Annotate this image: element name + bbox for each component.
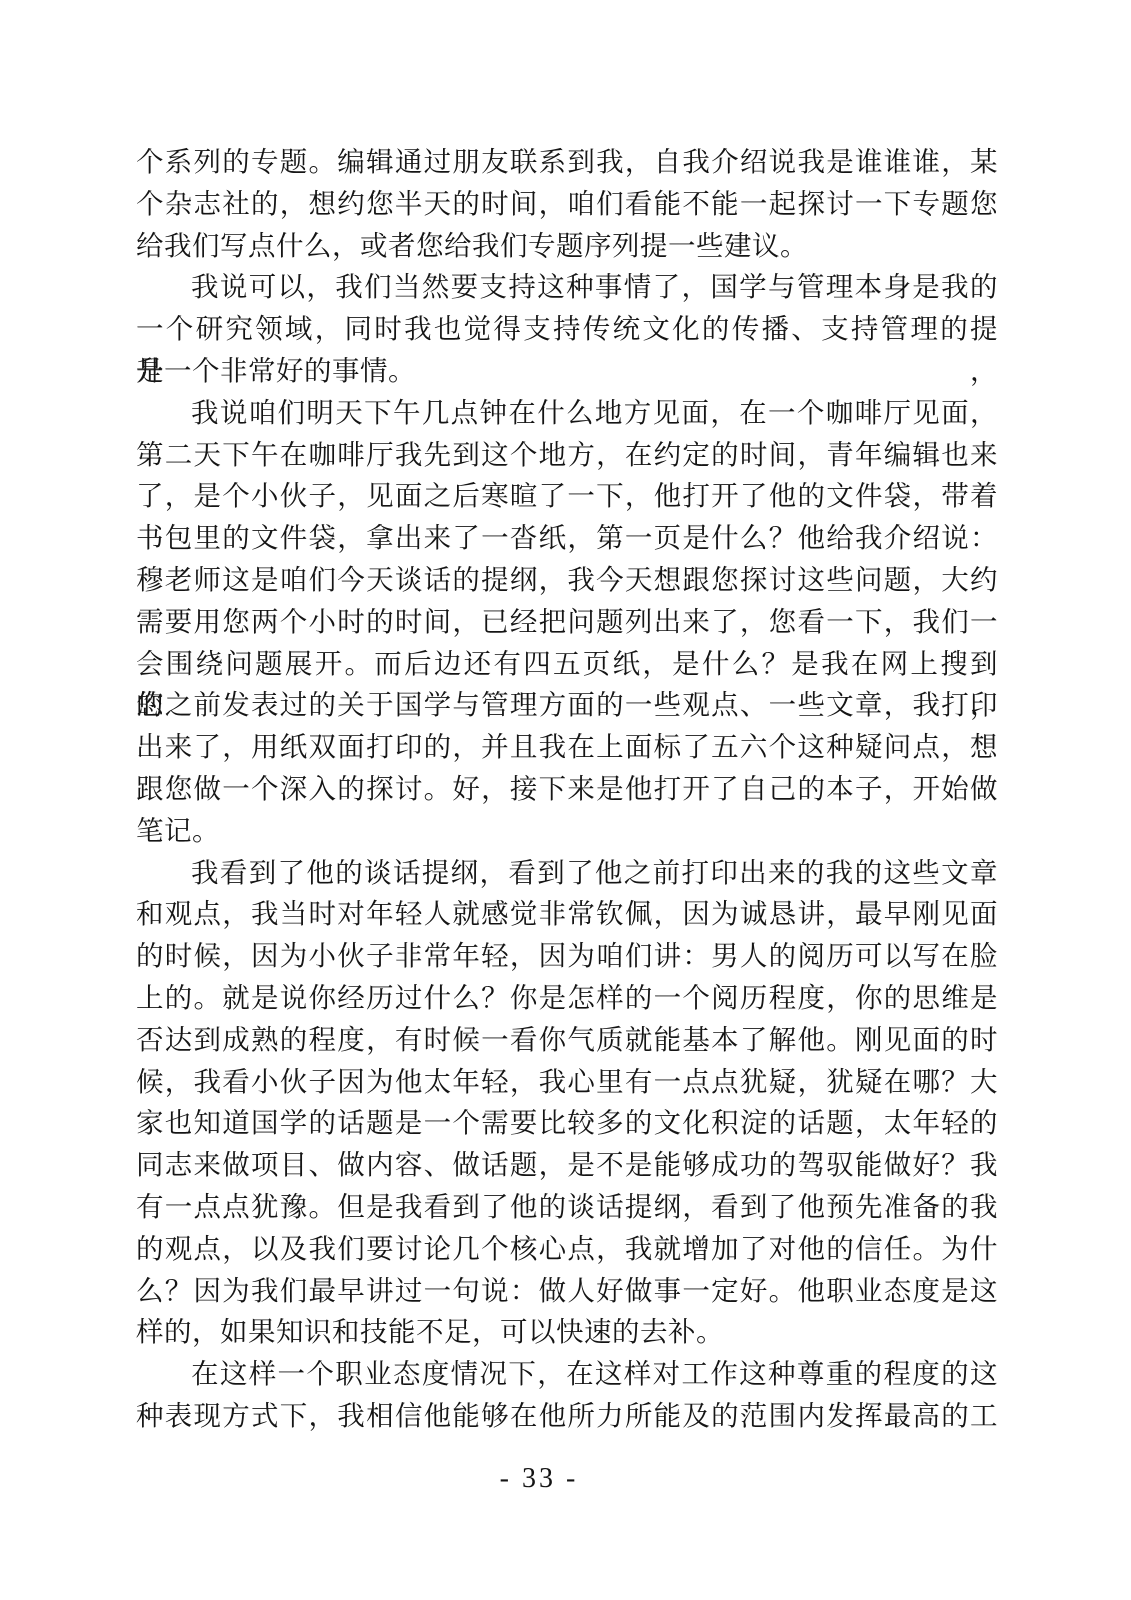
text-line: 在这样一个职业态度情况下，在这样对工作这种尊重的程度的这 [136,1353,998,1395]
text-line: 个杂志社的，想约您半天的时间，咱们看能不能一起探讨一下专题您 [136,183,998,225]
text-line: 我说咱们明天下午几点钟在什么地方见面，在一个咖啡厅见面， [136,392,998,434]
page-number: - 33 - [136,1462,942,1496]
text-line: 笔记。 [136,810,998,852]
text-line: 第二天下午在咖啡厅我先到这个地方，在约定的时间，青年编辑也来 [136,434,998,476]
text-line: 我说可以，我们当然要支持这种事情了，国学与管理本身是我的 [136,266,998,308]
text-line: 有一点点犹豫。但是我看到了他的谈话提纲，看到了他预先准备的我 [136,1186,998,1228]
text-line: 否达到成熟的程度，有时候一看你气质就能基本了解他。刚见面的时 [136,1019,998,1061]
document-page: 个系列的专题。编辑通过朋友联系到我，自我介绍说我是谁谁谁，某个杂志社的，想约您半… [0,0,1131,1600]
text-line: 需要用您两个小时的时间，已经把问题列出来了，您看一下，我们一 [136,601,998,643]
text-line: 同志来做项目、做内容、做话题，是不是能够成功的驾驭能做好？我 [136,1144,998,1186]
text-line: 的时候，因为小伙子非常年轻，因为咱们讲：男人的阅历可以写在脸 [136,935,998,977]
text-line: 给我们写点什么，或者您给我们专题序列提一些建议。 [136,225,998,267]
text-line: 个系列的专题。编辑通过朋友联系到我，自我介绍说我是谁谁谁，某 [136,141,998,183]
text-line: 跟您做一个深入的探讨。好，接下来是他打开了自己的本子，开始做 [136,768,998,810]
text-line: 一个研究领域，同时我也觉得支持传统文化的传播、支持管理的提升， [136,308,998,350]
text-line: 穆老师这是咱们今天谈话的提纲，我今天想跟您探讨这些问题，大约 [136,559,998,601]
text-line: 和观点，我当时对年轻人就感觉非常钦佩，因为诚恳讲，最早刚见面 [136,893,998,935]
text-line: 出来了，用纸双面打印的，并且我在上面标了五六个这种疑问点，想 [136,726,998,768]
text-line: 种表现方式下，我相信他能够在他所力所能及的范围内发挥最高的工 [136,1395,998,1437]
text-line: 候，我看小伙子因为他太年轻，我心里有一点点犹疑，犹疑在哪？大 [136,1061,998,1103]
text-line: 我看到了他的谈话提纲，看到了他之前打印出来的我的这些文章 [136,852,998,894]
text-line: 您之前发表过的关于国学与管理方面的一些观点、一些文章，我打印 [136,684,998,726]
text-line: 么？因为我们最早讲过一句说：做人好做事一定好。他职业态度是这 [136,1270,998,1312]
text-line: 样的，如果知识和技能不足，可以快速的去补。 [136,1311,998,1353]
text-line: 家也知道国学的话题是一个需要比较多的文化积淀的话题，太年轻的 [136,1102,998,1144]
text-line: 的观点，以及我们要讨论几个核心点，我就增加了对他的信任。为什 [136,1228,998,1270]
text-line: 上的。就是说你经历过什么？你是怎样的一个阅历程度，你的思维是 [136,977,998,1019]
text-line: 了，是个小伙子，见面之后寒暄了一下，他打开了他的文件袋，带着 [136,475,998,517]
text-line: 会围绕问题展开。而后边还有四五页纸，是什么？是我在网上搜到的， [136,643,998,685]
text-block: 个系列的专题。编辑通过朋友联系到我，自我介绍说我是谁谁谁，某个杂志社的，想约您半… [136,141,998,1437]
text-line: 书包里的文件袋，拿出来了一沓纸，第一页是什么？他给我介绍说： [136,517,998,559]
